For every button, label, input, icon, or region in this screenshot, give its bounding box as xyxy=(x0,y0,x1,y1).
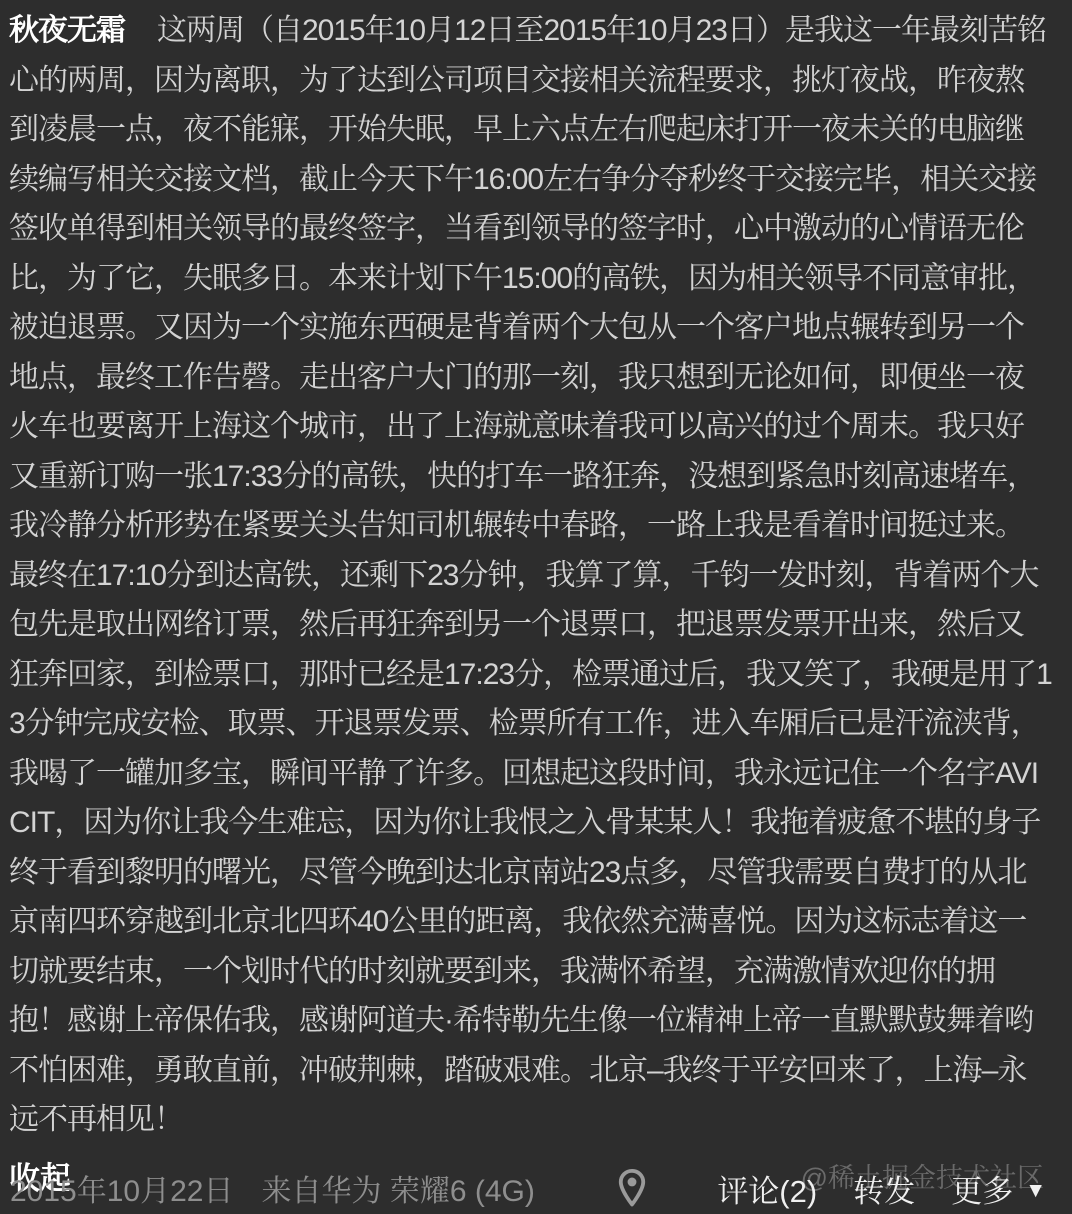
more-button-label: 更多 xyxy=(951,1166,1013,1211)
post-page: 秋夜无霜这两周（自2015年10月12日至2015年10月23日）是我这一年最刻… xyxy=(0,0,1072,1214)
comment-button[interactable]: 评论(2) xyxy=(717,1166,817,1211)
post-footer: 2015年10月22日 来自华为 荣耀6 (4G) 评论(2) 转发 更多 ▼ xyxy=(0,1166,1072,1210)
action-bar: 评论(2) 转发 更多 ▼ xyxy=(717,1166,1046,1211)
post-body-text: 这两周（自2015年10月12日至2015年10月23日）是我这一年最刻苦铭心的… xyxy=(9,14,1052,1136)
post-date: 2015年10月22日 xyxy=(10,1166,233,1210)
more-button[interactable]: 更多 ▼ xyxy=(951,1166,1046,1211)
post-author[interactable]: 秋夜无霜 xyxy=(9,14,125,47)
repost-button[interactable]: 转发 xyxy=(853,1166,915,1211)
location-pin-icon[interactable] xyxy=(613,1167,651,1209)
post-content: 秋夜无霜这两周（自2015年10月12日至2015年10月23日）是我这一年最刻… xyxy=(0,0,1072,1145)
post-source: 来自华为 荣耀6 (4G) xyxy=(261,1166,534,1210)
chevron-down-icon: ▼ xyxy=(1025,1180,1046,1201)
